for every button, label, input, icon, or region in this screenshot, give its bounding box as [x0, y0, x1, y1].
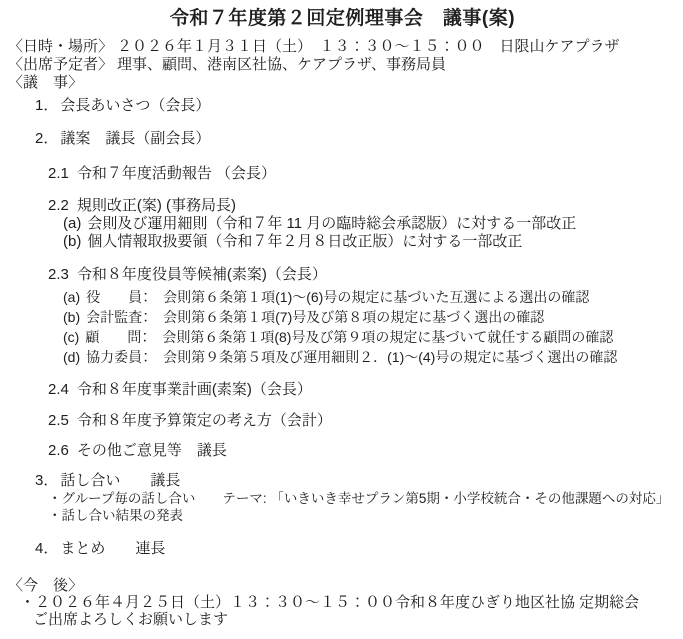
- future-section: 〈今 後〉 ・２０２６年４月２５日（土）１３：３０～１５：００令和８年度ひぎり地…: [8, 577, 677, 628]
- agenda-item-2-1: 2.1令和７年度活動報告 （会長）: [8, 165, 677, 183]
- item-text: 話し合い 議長: [60, 472, 180, 489]
- agenda-subitem-2-3-a: (a)役 員： 会則第６条第１項(1)～(6)号の規定に基づいた互選による選出の…: [8, 287, 677, 307]
- item-number: 2．: [35, 130, 58, 148]
- agenda-item-2: 2．議案 議長（副会長）: [8, 130, 677, 148]
- future-heading: 〈今 後〉: [8, 577, 677, 594]
- doc-header: 〈日時・場所〉２０２６年１月３１日（土） １３：３０～１５：００ 日限山ケアプラ…: [8, 38, 677, 92]
- role-candidate-list: (a)役 員： 会則第６条第１項(1)～(6)号の規定に基づいた互選による選出の…: [8, 287, 677, 367]
- item-text: 令和７年度活動報告 （会長）: [77, 165, 276, 182]
- item-text: 議案 議長（副会長）: [60, 130, 210, 147]
- item-number: (a): [63, 287, 80, 307]
- agenda-item-2-3: 2.3令和８年度役員等候補(素案)（会長）: [8, 266, 677, 284]
- item-number: 2.1: [48, 165, 69, 183]
- agenda-item-2-2: 2.2規則改正(案) (事務局長): [8, 197, 677, 215]
- datetime-label: 〈日時・場所〉: [8, 38, 113, 55]
- agenda-subitem-2-3-b: (b)会計監査： 会則第６条第１項(7)号及び第８項の規定に基づく選出の確認: [8, 307, 677, 327]
- item-text: 会長あいさつ（会長）: [60, 97, 210, 114]
- agenda-item-4: 4．まとめ 連長: [8, 540, 677, 558]
- item-text: 会則及び運用細則（令和７年 11 月の臨時総会承認版）に対する一部改正: [87, 215, 576, 232]
- item-number: 3．: [35, 472, 58, 490]
- discussion-bullet-1: ・グループ毎の話し合い テーマ: 「いきいき幸せプラン第5期・小学校統合・その他…: [8, 490, 677, 507]
- agenda-heading: 〈議 事〉: [8, 74, 677, 92]
- item-text: 令和８年度事業計画(素案)（会長）: [77, 381, 312, 398]
- item-text: 令和８年度役員等候補(素案)（会長）: [77, 266, 327, 283]
- item-number: 4．: [35, 540, 58, 558]
- agenda-subitem-2-2-b: (b)個人情報取扱要領（令和７年２月８日改正版）に対する一部改正: [8, 233, 677, 251]
- item-number: (b): [63, 307, 80, 327]
- discussion-bullets: ・グループ毎の話し合い テーマ: 「いきいき幸せプラン第5期・小学校統合・その他…: [8, 490, 677, 524]
- agenda-item-2-4: 2.4令和８年度事業計画(素案)（会長）: [8, 381, 677, 399]
- future-bullet: ・２０２６年４月２５日（土）１３：３０～１５：００令和８年度ひぎり地区社協 定期…: [8, 594, 677, 611]
- item-text: 会計監査： 会則第６条第１項(7)号及び第８項の規定に基づく選出の確認: [86, 309, 544, 325]
- agenda-document: 令和７年度第２回定例理事会 議事(案) 〈日時・場所〉２０２６年１月３１日（土）…: [0, 0, 683, 628]
- future-note: ご出席よろしくお願いします: [8, 611, 677, 628]
- item-text: 個人情報取扱要領（令和７年２月８日改正版）に対する一部改正: [87, 233, 522, 250]
- item-text: 協力委員： 会則第９条第５項及び運用細則２．(1)～(4)号の規定に基づく選出の…: [86, 349, 617, 365]
- item-text: 規則改正(案) (事務局長): [77, 197, 236, 214]
- datetime-value: ２０２６年１月３１日（土） １３：３０～１５：００ 日限山ケアプラザ: [117, 38, 620, 55]
- item-text: まとめ 連長: [60, 540, 165, 557]
- item-text: 令和８年度予算策定の考え方（会計）: [77, 412, 332, 429]
- agenda-item-2-5: 2.5令和８年度予算策定の考え方（会計）: [8, 412, 677, 430]
- item-number: (b): [63, 233, 81, 251]
- discussion-bullet-2: ・話し合い結果の発表: [8, 507, 677, 524]
- item-number: 2.5: [48, 412, 69, 430]
- attendees-label: 〈出席予定者〉: [8, 56, 113, 73]
- item-number: (d): [63, 347, 80, 367]
- item-number: (a): [63, 215, 81, 233]
- agenda-subitem-2-3-d: (d)協力委員： 会則第９条第５項及び運用細則２．(1)～(4)号の規定に基づく…: [8, 347, 677, 367]
- item-number: (c): [63, 327, 79, 347]
- agenda-item-3: 3．話し合い 議長: [8, 472, 677, 490]
- agenda-subitem-2-2-a: (a)会則及び運用細則（令和７年 11 月の臨時総会承認版）に対する一部改正: [8, 215, 677, 233]
- agenda-heading-label: 〈議 事〉: [8, 74, 83, 91]
- attendees-line: 〈出席予定者〉理事、顧問、港南区社協、ケアプラザ、事務局員: [8, 56, 677, 74]
- doc-title: 令和７年度第２回定例理事会 議事(案): [8, 6, 677, 32]
- agenda-subitem-2-3-c: (c)顧 問： 会則第６条第１項(8)号及び第９項の規定に基づいて就任する顧問の…: [8, 327, 677, 347]
- item-number: 2.3: [48, 266, 69, 284]
- item-number: 1．: [35, 97, 58, 115]
- item-text: 役 員： 会則第６条第１項(1)～(6)号の規定に基づいた互選による選出の確認: [86, 289, 589, 305]
- agenda-item-2-6: 2.6その他ご意見等 議長: [8, 442, 677, 460]
- item-text: その他ご意見等 議長: [77, 442, 227, 459]
- item-number: 2.2: [48, 197, 69, 215]
- item-number: 2.6: [48, 442, 69, 460]
- agenda-item-1: 1．会長あいさつ（会長）: [8, 97, 677, 115]
- item-number: 2.4: [48, 381, 69, 399]
- datetime-line: 〈日時・場所〉２０２６年１月３１日（土） １３：３０～１５：００ 日限山ケアプラ…: [8, 38, 677, 56]
- attendees-value: 理事、顧問、港南区社協、ケアプラザ、事務局員: [117, 56, 446, 73]
- item-text: 顧 問： 会則第６条第１項(8)号及び第９項の規定に基づいて就任する顧問の確認: [85, 329, 613, 345]
